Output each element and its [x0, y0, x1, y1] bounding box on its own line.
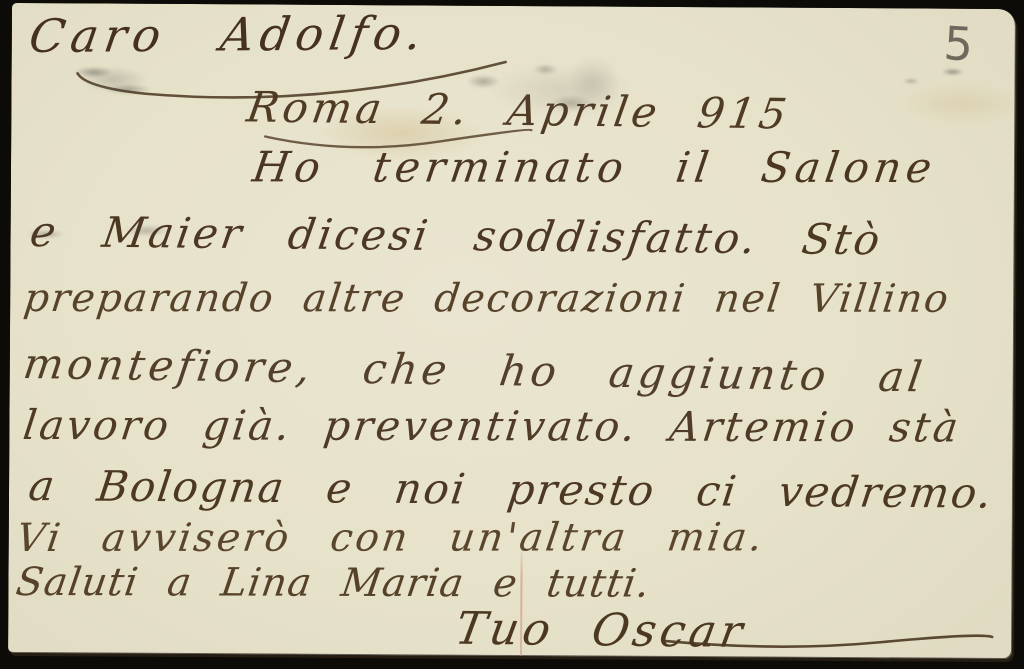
body-line-6: a Bologna e noi presto ci vedremo.	[26, 465, 995, 515]
body-line-8: Saluti a Lina Maria e tutti.	[14, 563, 653, 604]
body-line-5: lavoro già. preventivato. Artemio stà	[21, 405, 963, 448]
postcard: Caro Adolfo. Roma 2. Aprile 915 Ho termi…	[8, 3, 1016, 659]
body-line-7: Vi avviserò con un'altra mia.	[14, 518, 768, 558]
body-line-1: Ho terminato il Salone	[250, 146, 939, 189]
archival-number: 5	[942, 16, 974, 72]
scan-background: { "scan": { "archival_number": "5", "col…	[0, 0, 1024, 669]
body-line-3: preparando altre decorazioni nel Villino	[22, 279, 952, 319]
dateline: Roma 2. Aprile 915	[244, 86, 793, 135]
body-line-2: e Maier dicesi soddisfatto. Stò	[27, 211, 885, 261]
body-line-4: montefiore, che ho aggiunto al	[21, 343, 928, 398]
signature-line: Tuo Oscar	[452, 606, 749, 654]
salutation-line: Caro Adolfo.	[26, 10, 430, 59]
